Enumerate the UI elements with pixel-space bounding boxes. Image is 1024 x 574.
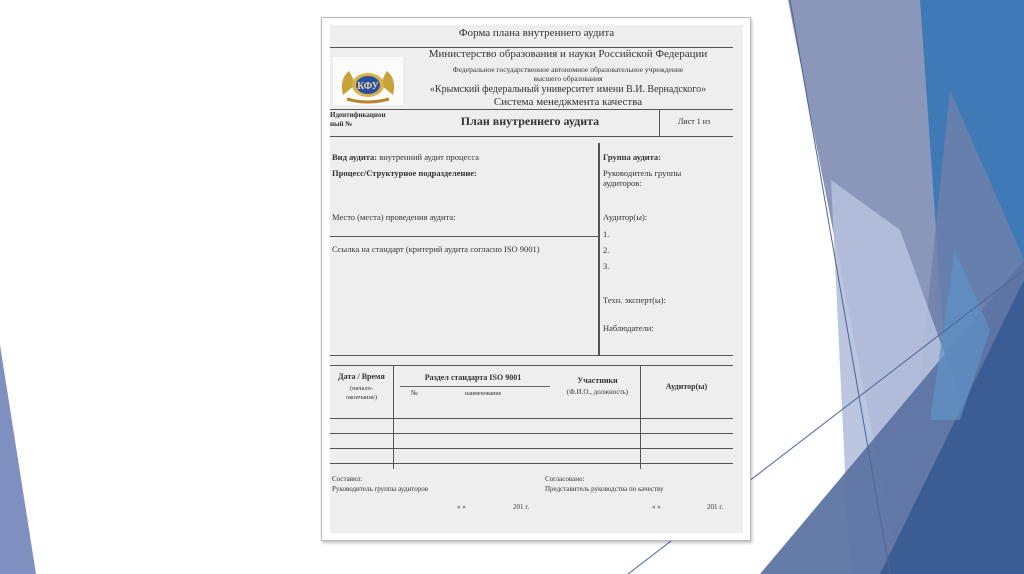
group-leader-line1: Руководитель группы — [603, 168, 681, 178]
table-col-divider — [640, 365, 641, 469]
group-leader-line2: аудиторов: — [603, 178, 642, 188]
divider — [330, 236, 598, 237]
table-bottom-border — [330, 463, 733, 464]
standard-reference-label: Ссылка на стандарт (критерий аудита согл… — [332, 244, 540, 254]
agreed-label: Согласовано: — [545, 475, 584, 483]
table-row-border — [330, 448, 733, 449]
col-auditors-header: Аудитор(ы) — [640, 382, 733, 391]
col-section-number: № — [411, 389, 418, 397]
compiled-date-quotes: « » — [457, 503, 466, 511]
id-label-line1: Идентификацион — [330, 111, 386, 119]
plan-title: План внутреннего аудита — [400, 114, 660, 129]
compiled-date-year: 201 г. — [513, 503, 529, 511]
divider — [659, 109, 660, 136]
divider — [330, 109, 733, 110]
form-title: Форма плана внутреннего аудита — [330, 27, 743, 39]
agreed-role: Представитель руководства по качеству — [545, 485, 664, 493]
table-row-border — [330, 418, 733, 419]
col-participants-header: Участники — [555, 376, 640, 385]
ministry-name: Министерство образования и науки Российс… — [408, 48, 728, 60]
university-logo: КФУ — [333, 57, 403, 105]
audit-group-label: Группа аудита: — [603, 152, 661, 162]
divider — [330, 355, 733, 356]
observers-label: Наблюдатели: — [603, 323, 654, 333]
form-body: Форма плана внутреннего аудита КФУ Минис… — [330, 25, 743, 533]
sheet-number: Лист 1 из — [678, 117, 710, 126]
agreed-date-quotes: « » — [652, 503, 661, 511]
compiled-label: Составил: — [332, 475, 362, 483]
col-section-header: Раздел стандарта ISO 9001 — [393, 373, 553, 382]
col-date-header: Дата / Время — [330, 372, 393, 381]
divider — [400, 386, 550, 387]
col-section-name: наименование — [465, 391, 501, 397]
audit-type-field: Вид аудита: внутренний аудит процесса — [332, 152, 479, 162]
quality-system-title: Система менеджмента качества — [408, 96, 728, 108]
crest-icon: КФУ — [333, 57, 403, 105]
auditor-number-3: 3. — [603, 261, 609, 271]
left-triangle-shape — [0, 345, 36, 574]
auditors-label: Аудитор(ы): — [603, 212, 647, 222]
compiled-role: Руководитель группы аудиторов — [332, 485, 428, 493]
location-field-label: Место (места) проведения аудита: — [332, 212, 455, 222]
tech-experts-label: Техн. эксперт(ы): — [603, 295, 666, 305]
col-date-sub2: окончание) — [330, 394, 393, 401]
divider — [598, 143, 600, 355]
id-label-line2: ный № — [330, 120, 352, 128]
table-top-border — [330, 365, 733, 366]
auditor-number-1: 1. — [603, 229, 609, 239]
agreed-date-year: 201 г. — [707, 503, 723, 511]
divider — [330, 136, 733, 137]
university-name: «Крымский федеральный университет имени … — [408, 84, 728, 95]
svg-text:КФУ: КФУ — [357, 81, 379, 92]
auditor-number-2: 2. — [603, 245, 609, 255]
institution-type-line2: высшего образования — [408, 74, 728, 83]
process-field-label: Процесс/Структурное подразделение: — [332, 168, 477, 178]
col-date-sub1: (начало- — [330, 385, 393, 392]
institution-type-line1: Федеральное государственное автономное о… — [408, 65, 728, 74]
col-participants-sub: (Ф.И.О., должность) — [555, 388, 640, 396]
table-row-border — [330, 433, 733, 434]
audit-plan-form-image: Форма плана внутреннего аудита КФУ Минис… — [321, 17, 751, 541]
